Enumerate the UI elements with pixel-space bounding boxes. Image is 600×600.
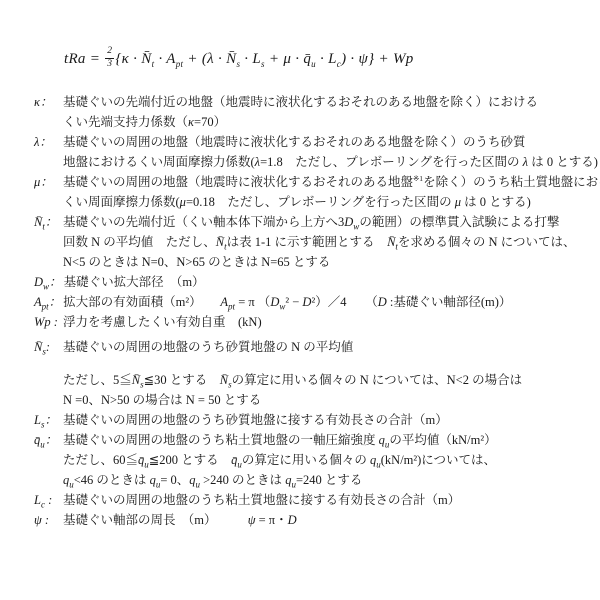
- text-line: N =0、N>50 の場合は N = 50 とする: [63, 390, 594, 410]
- definition-symbol: λ：: [34, 132, 63, 152]
- text-line: ただし、5≦N̄s≦30 とする N̄sの算定に用いる個々の N については、N…: [63, 370, 594, 390]
- definition-item: μ： 基礎ぐいの周囲の地盤（地震時に液状化するおそれのある地盤※1を除く）のうち…: [34, 172, 594, 212]
- text-line: くい先端支持力係数（κ=70）: [63, 112, 594, 132]
- definition-text: 基礎ぐいの周囲の地盤のうち粘土質地盤に接する有効長さの合計（m）: [63, 490, 594, 510]
- definition-item: q̄u： 基礎ぐいの周囲の地盤のうち粘土質地盤の一軸圧縮強度 quの平均値（kN…: [34, 430, 594, 490]
- text-line: 基礎ぐいの周囲の地盤のうち砂質地盤に接する有効長さの合計（m）: [63, 410, 594, 430]
- definition-text: 基礎ぐい拡大部径 （m）: [64, 272, 594, 292]
- text-line: くい周面摩擦力係数(μ=0.18 ただし、プレボーリングを行った区間の μ は …: [63, 192, 594, 212]
- definition-symbol: N̄t：: [34, 212, 63, 232]
- text-line: ただし、60≦q̄u≦200 とする q̄uの算定に用いる個々の qu(kN/m…: [63, 450, 594, 470]
- definition-text: 基礎ぐい軸部の周長 （m） ψ = π・D: [63, 510, 594, 530]
- text-line: 基礎ぐい軸部の周長 （m） ψ = π・D: [63, 510, 594, 530]
- text-line: 基礎ぐいの周囲の地盤（地震時に液状化するおそれのある地盤を除く）のうち砂質: [63, 132, 594, 152]
- definition-text: 基礎ぐいの先端付近（くい軸本体下端から上方へ3Dwの範囲）の標準貫入試験による打…: [63, 212, 594, 272]
- text-line: 基礎ぐい拡大部径 （m）: [64, 272, 594, 292]
- text-line: 浮力を考慮したくい有効自重 (kN): [63, 312, 594, 332]
- text-line: 拡大部の有効面積（m²） Apt = π （Dw² − D²）／4 （D :基礎…: [63, 292, 594, 312]
- text-line: 基礎ぐいの先端付近の地盤（地震時に液状化するおそれのある地盤を除く）における: [63, 92, 594, 112]
- definition-item: Wp : 浮力を考慮したくい有効自重 (kN): [34, 312, 594, 332]
- definition-symbol: κ：: [34, 92, 63, 112]
- text-line: [63, 357, 594, 370]
- definition-item: N̄s: 基礎ぐいの周囲の地盤のうち砂質地盤の N の平均値ただし、5≦N̄s≦…: [34, 337, 594, 410]
- fraction-two-thirds: 23: [105, 47, 114, 70]
- definition-symbol: Lc :: [34, 490, 63, 510]
- text-line: 基礎ぐいの周囲の地盤のうち粘土質地盤の一軸圧縮強度 quの平均値（kN/m²）: [63, 430, 594, 450]
- definitions-list: κ： 基礎ぐいの先端付近の地盤（地震時に液状化するおそれのある地盤を除く）におけ…: [34, 92, 594, 530]
- definition-symbol: ψ :: [34, 510, 63, 530]
- definition-symbol: Ls：: [34, 410, 63, 430]
- definition-text: 拡大部の有効面積（m²） Apt = π （Dw² − D²）／4 （D :基礎…: [63, 292, 594, 312]
- text-line: qu<46 のときは qu= 0、qu >240 のときは qu=240 とする: [63, 470, 594, 490]
- definition-item: Lc : 基礎ぐいの周囲の地盤のうち粘土質地盤に接する有効長さの合計（m）: [34, 490, 594, 510]
- definition-text: 基礎ぐいの周囲の地盤のうち砂質地盤の N の平均値ただし、5≦N̄s≦30 とす…: [63, 337, 594, 410]
- definition-item: λ： 基礎ぐいの周囲の地盤（地震時に液状化するおそれのある地盤を除く）のうち砂質…: [34, 132, 594, 172]
- definition-text: 基礎ぐいの先端付近の地盤（地震時に液状化するおそれのある地盤を除く）におけるくい…: [63, 92, 594, 132]
- bearing-capacity-formula: tRa = 23{κ · N̄t · Apt + (λ · N̄s · Ls +…: [0, 0, 600, 76]
- definition-item: Apt： 拡大部の有効面積（m²） Apt = π （Dw² − D²）／4 （…: [34, 292, 594, 312]
- text-line: 基礎ぐいの周囲の地盤のうち粘土質地盤に接する有効長さの合計（m）: [63, 490, 594, 510]
- definition-item: Ls： 基礎ぐいの周囲の地盤のうち砂質地盤に接する有効長さの合計（m）: [34, 410, 594, 430]
- definition-item: Dw： 基礎ぐい拡大部径 （m）: [34, 272, 594, 292]
- text-line: N<5 のときは N=0、N>65 のときは N=65 とする: [63, 252, 594, 272]
- definition-item: ψ : 基礎ぐい軸部の周長 （m） ψ = π・D: [34, 510, 594, 530]
- document-page: tRa = 23{κ · N̄t · Apt + (λ · N̄s · Ls +…: [0, 0, 600, 600]
- definition-symbol: Apt：: [34, 292, 63, 312]
- definition-text: 基礎ぐいの周囲の地盤（地震時に液状化するおそれのある地盤を除く）のうち砂質地盤に…: [63, 132, 594, 172]
- definition-text: 浮力を考慮したくい有効自重 (kN): [63, 312, 594, 332]
- definition-item: κ： 基礎ぐいの先端付近の地盤（地震時に液状化するおそれのある地盤を除く）におけ…: [34, 92, 594, 132]
- text-line: 基礎ぐいの周囲の地盤（地震時に液状化するおそれのある地盤※1を除く）のうち粘土質…: [63, 172, 594, 192]
- definition-symbol: μ：: [34, 172, 63, 192]
- definition-text: 基礎ぐいの周囲の地盤のうち粘土質地盤の一軸圧縮強度 quの平均値（kN/m²）た…: [63, 430, 594, 490]
- definition-item: N̄t： 基礎ぐいの先端付近（くい軸本体下端から上方へ3Dwの範囲）の標準貫入試…: [34, 212, 594, 272]
- text-line: 基礎ぐいの先端付近（くい軸本体下端から上方へ3Dwの範囲）の標準貫入試験による打…: [63, 212, 594, 232]
- definition-text: 基礎ぐいの周囲の地盤（地震時に液状化するおそれのある地盤※1を除く）のうち粘土質…: [63, 172, 594, 212]
- text-line: 回数 N の平均値 ただし、N̄tは表 1-1 に示す範囲とする N̄tを求める…: [63, 232, 594, 252]
- definition-text: 基礎ぐいの周囲の地盤のうち砂質地盤に接する有効長さの合計（m）: [63, 410, 594, 430]
- definition-symbol: Dw：: [34, 272, 64, 292]
- definition-symbol: Wp :: [34, 312, 63, 332]
- text-line: 地盤におけるくい周面摩擦力係数(λ=1.8 ただし、プレボーリングを行った区間の…: [63, 152, 594, 172]
- definition-symbol: N̄s:: [34, 337, 63, 357]
- text-line: 基礎ぐいの周囲の地盤のうち砂質地盤の N の平均値: [63, 337, 594, 357]
- definition-symbol: q̄u：: [34, 430, 63, 450]
